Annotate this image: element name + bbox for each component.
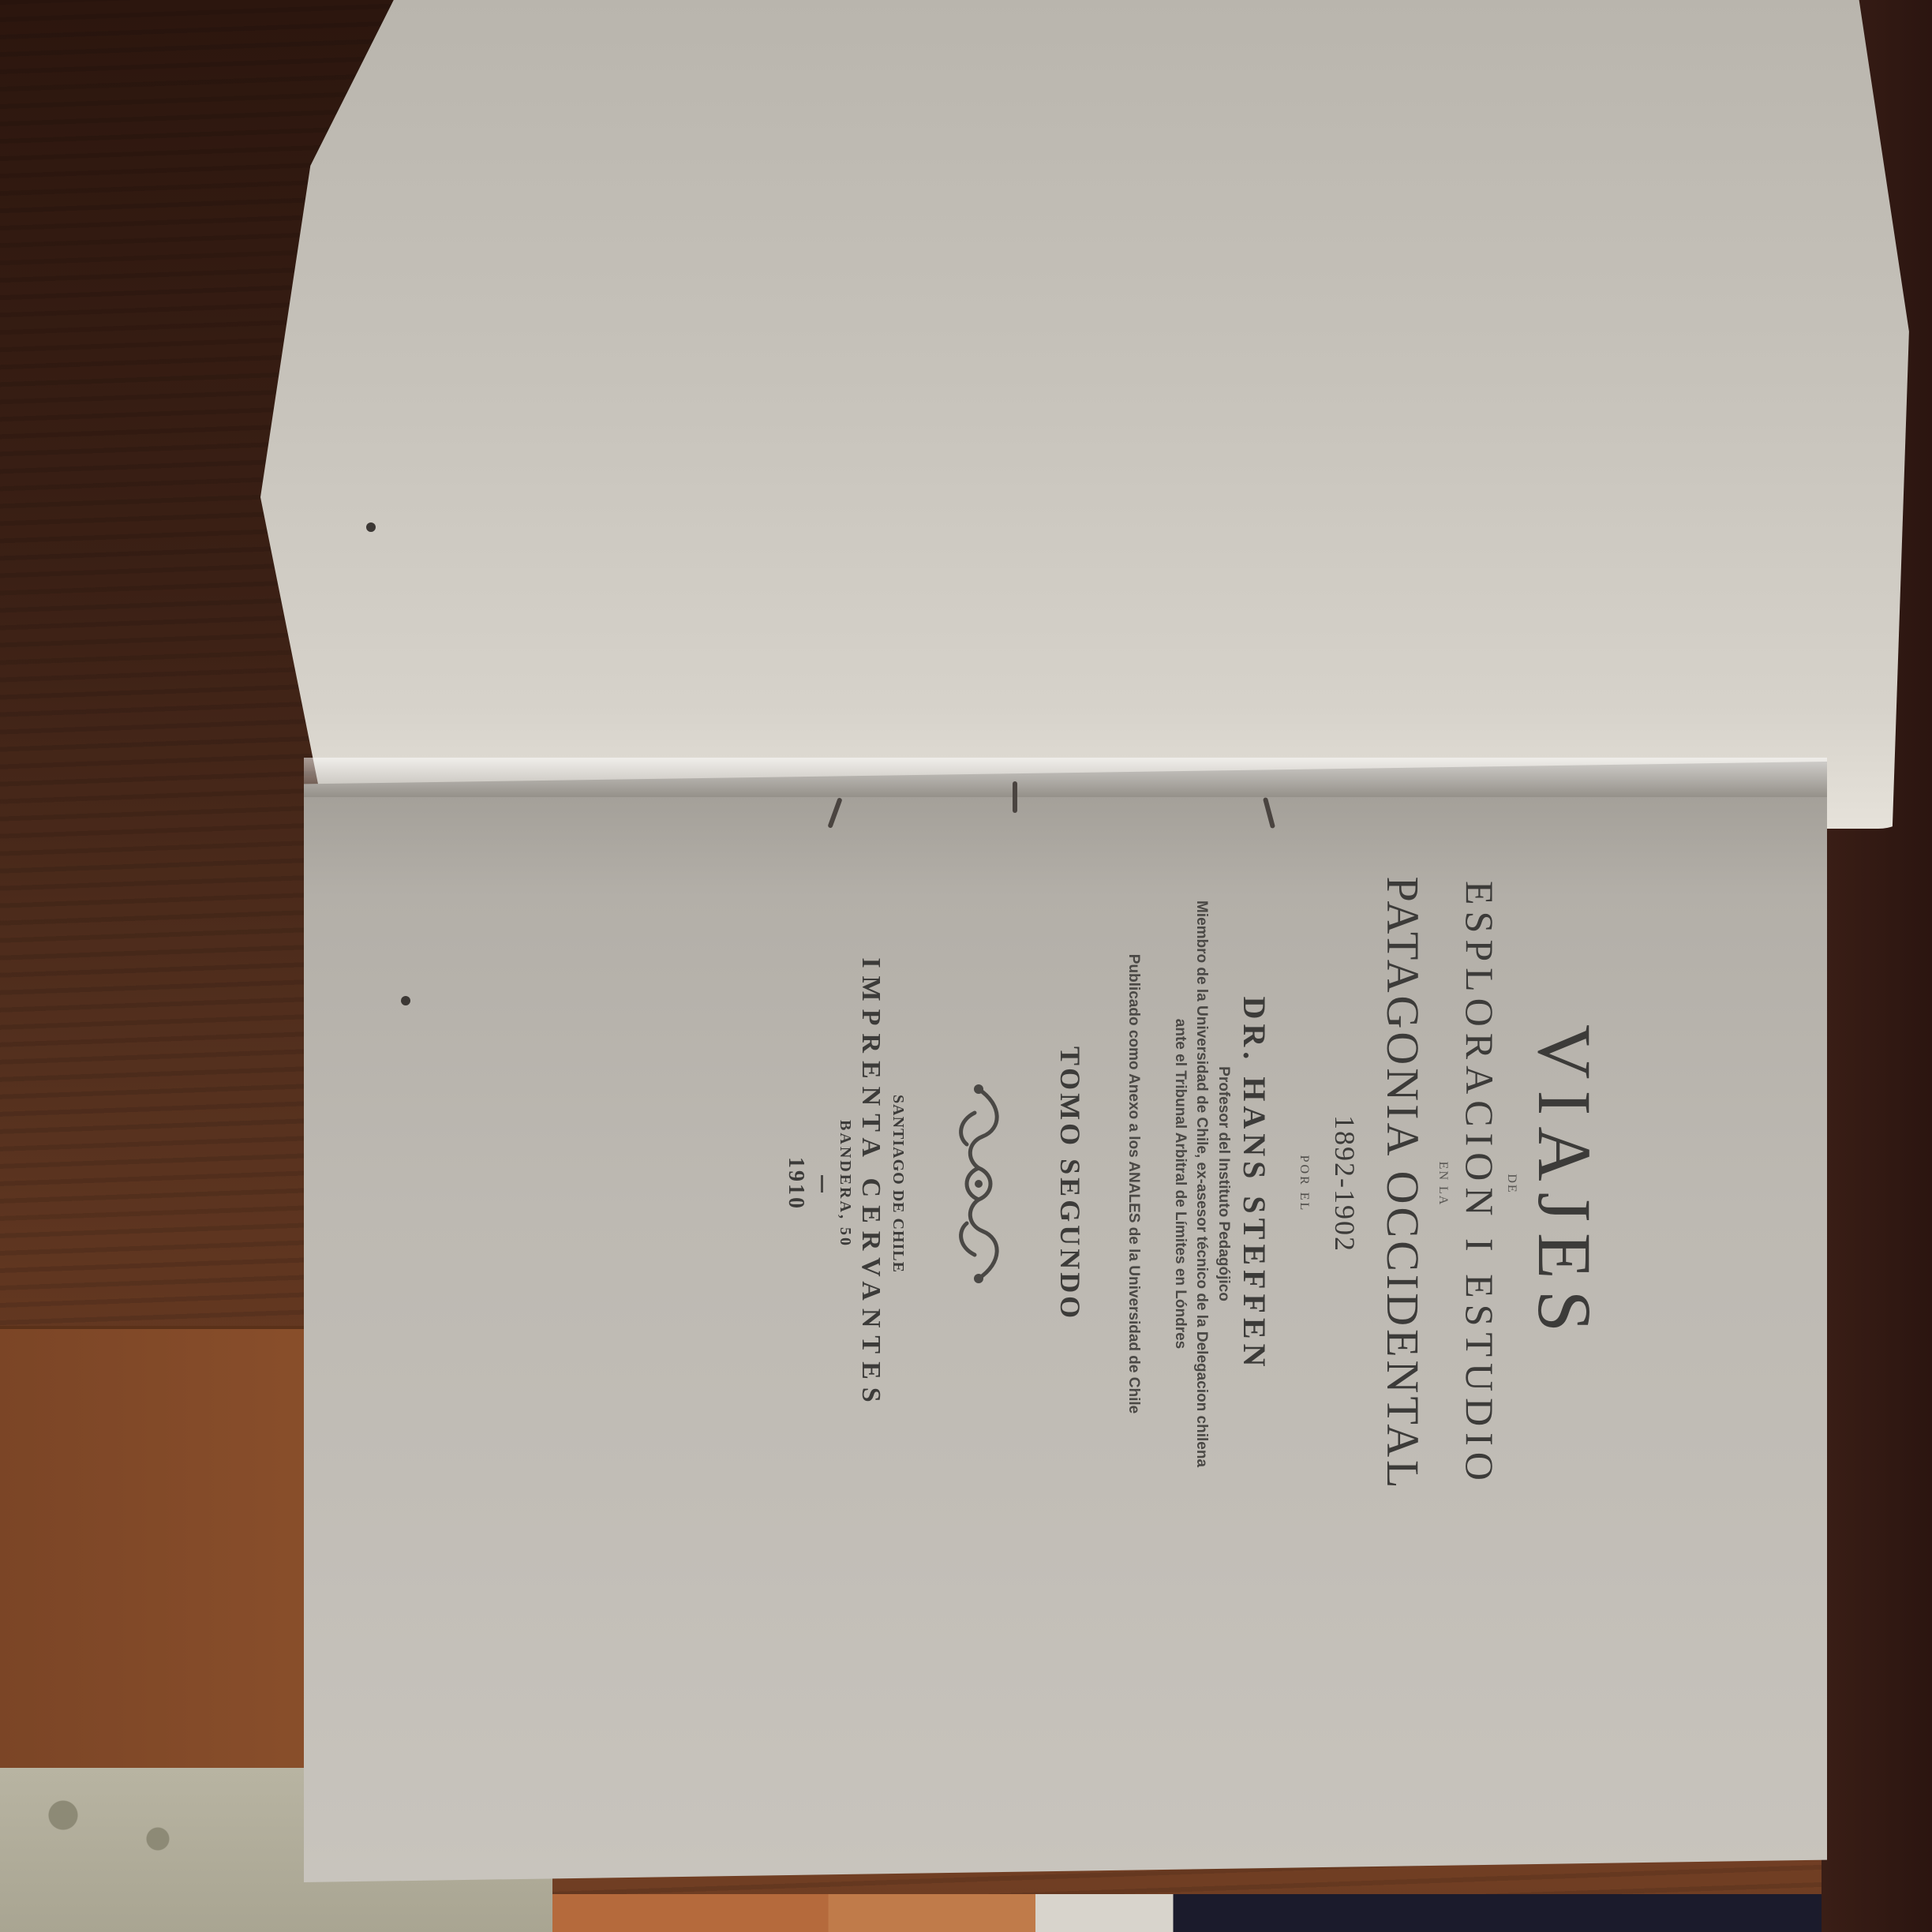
connector-en-la: EN LA <box>1436 1162 1450 1207</box>
credential-line: Miembro de la Universidad de Chile, ex-a… <box>1193 900 1211 1467</box>
book-title: VIAJES <box>1526 1024 1602 1343</box>
paper-speck <box>401 996 410 1005</box>
credential-line: Profesor del Instituto Pedagójico <box>1214 1066 1233 1301</box>
subtitle-line-2: PATAGONIA OCCIDENTAL <box>1377 876 1428 1491</box>
title-text-block: VIAJES DE ESPLORACION I ESTUDIO EN LA PA… <box>576 671 1602 1697</box>
floor-strip <box>552 1894 1932 1932</box>
imprint-year: 1910 <box>783 1157 808 1211</box>
imprint-press: IMPRENTA CERVANTES <box>856 957 885 1410</box>
paper-speck <box>366 522 376 532</box>
volume-label: TOMO SEGUNDO <box>1054 1046 1087 1321</box>
divider-dash <box>821 1175 823 1193</box>
table-edge <box>0 1326 331 1771</box>
subtitle-line-1: ESPLORACION I ESTUDIO <box>1458 881 1501 1487</box>
year-range: 1892-1902 <box>1328 1115 1361 1252</box>
por-el: POR EL <box>1297 1155 1311 1213</box>
credential-line: ante el Tribunal Arbitral de Límites en … <box>1170 1019 1189 1349</box>
publication-note: Publicado como Anexo a los ANALES de la … <box>1125 954 1142 1413</box>
imprint-address: BANDERA, 50 <box>836 1120 854 1248</box>
author-name: DR. HANS STEFFEN <box>1236 997 1273 1372</box>
connector-de: DE <box>1504 1174 1518 1193</box>
imprint-city: SANTIAGO DE CHILE <box>889 1095 907 1273</box>
decorative-scroll-ornament-icon <box>951 1081 1006 1286</box>
